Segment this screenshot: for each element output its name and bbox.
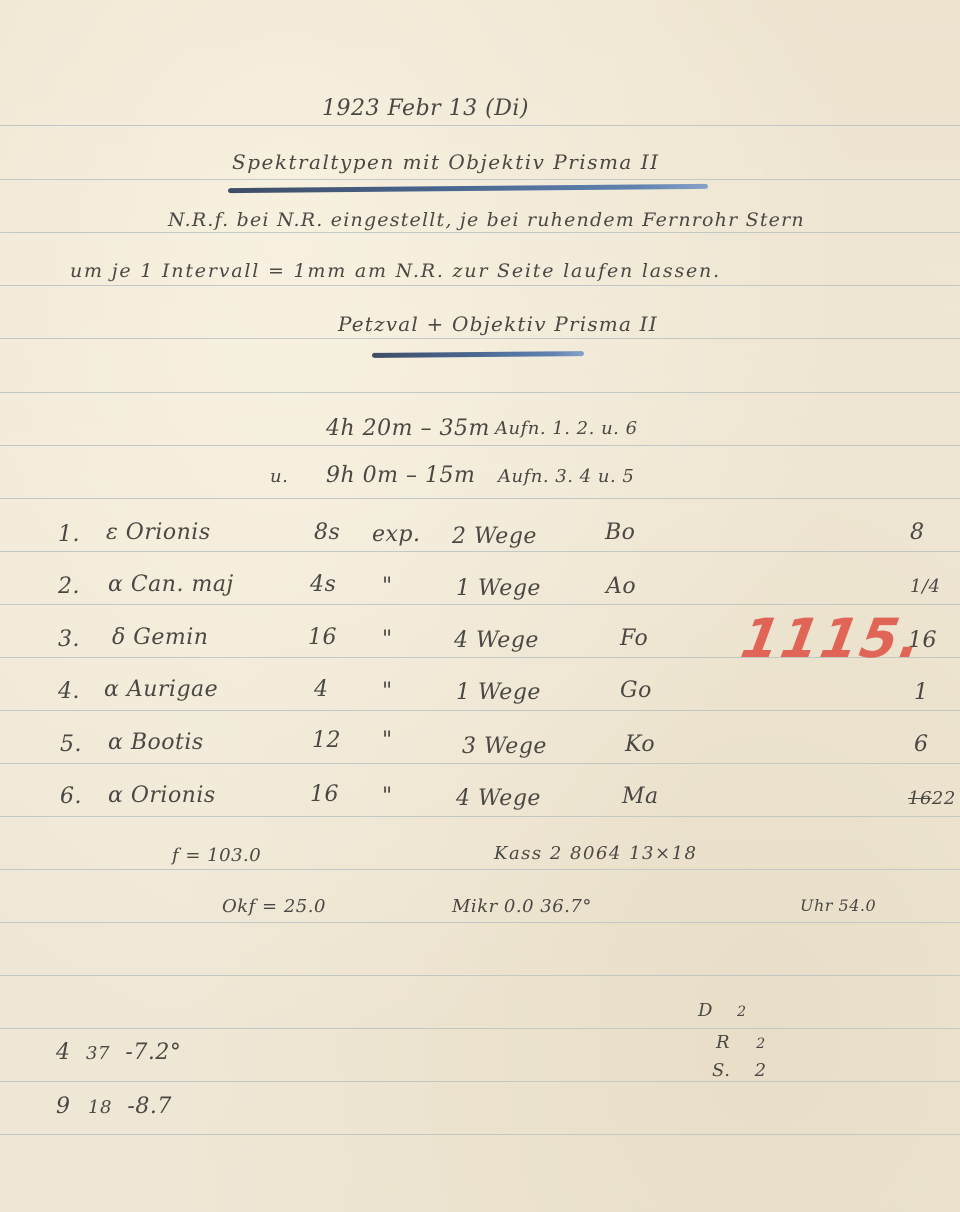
exposure-note: " — [382, 627, 393, 652]
reading-minute: 18 — [88, 1097, 112, 1118]
star-name: ε Orionis — [106, 520, 211, 545]
exposure-note: exp. — [372, 522, 421, 547]
exposure-note: " — [382, 784, 393, 809]
ruled-line — [0, 922, 960, 923]
star-name: α Aurigae — [104, 677, 218, 702]
red-plate-number: 1115. — [736, 607, 928, 670]
ruled-line — [0, 179, 960, 180]
widenings: 4 Wege — [454, 628, 539, 653]
reading-value: -8.7 — [127, 1094, 171, 1119]
reading-minute: 37 — [86, 1043, 110, 1064]
exposure-set-1: Aufn. 1. 2. u. 6 — [495, 418, 638, 439]
reading-hour: 4 — [56, 1040, 71, 1065]
tally-row: R 2 — [716, 1032, 766, 1053]
ruled-line — [0, 763, 960, 764]
reading-hour: 9 — [56, 1094, 71, 1119]
row-number: 4. — [58, 679, 80, 704]
row-number: 2. — [58, 574, 80, 599]
subtitle: Petzval + Objektiv Prisma II — [338, 312, 658, 336]
focal-length: f = 103.0 — [172, 845, 261, 866]
ruled-line — [0, 392, 960, 393]
spectral-type: Ko — [625, 732, 655, 757]
title-underline — [228, 184, 708, 193]
subtitle-underline — [372, 351, 584, 358]
ruled-line — [0, 285, 960, 286]
value: 1 — [914, 680, 929, 705]
ruled-line — [0, 445, 960, 446]
tally-row: D 2 — [698, 1000, 747, 1021]
exposure-time: 8s — [314, 520, 340, 545]
time-value: 9h 0m – 15m — [326, 463, 475, 488]
tally-label: S. — [712, 1060, 730, 1081]
page-title: Spektraltypen mit Objektiv Prisma II — [232, 150, 660, 174]
ruled-line — [0, 1081, 960, 1082]
tally-value: 2 — [756, 1036, 765, 1052]
ruled-line — [0, 125, 960, 126]
ruled-line — [0, 338, 960, 339]
row-number: 6. — [60, 784, 82, 809]
value: 1/4 — [910, 576, 940, 597]
exposure-time: 4s — [310, 572, 336, 597]
ruled-line — [0, 816, 960, 817]
exposure-set-2: Aufn. 3. 4 u. 5 — [498, 466, 634, 487]
clock-reading: Uhr 54.0 — [800, 896, 876, 915]
ruled-line — [0, 498, 960, 499]
cassette-info: Kass 2 8064 13×18 — [494, 843, 697, 864]
micrometer-reading: Mikr 0.0 36.7° — [452, 896, 592, 917]
ruled-line — [0, 975, 960, 976]
struck-value: 16 — [908, 788, 932, 809]
value: 8 — [910, 520, 925, 545]
value: 22 — [932, 788, 956, 809]
value: 6 — [914, 732, 929, 757]
exposure-note: " — [382, 728, 393, 753]
tally-label: R — [716, 1032, 730, 1053]
time-prefix-2: u. — [270, 466, 288, 487]
exposure-time: 4 — [314, 677, 329, 702]
row-number: 5. — [60, 732, 82, 757]
entry-date: 1923 Febr 13 (Di) — [322, 96, 529, 121]
spectral-type: Ao — [606, 574, 636, 599]
tally-label: D — [698, 1000, 713, 1021]
ruled-line — [0, 1134, 960, 1135]
exposure-time: 16 — [308, 625, 337, 650]
exposure-time: 16 — [310, 782, 339, 807]
star-name: α Bootis — [108, 730, 204, 755]
value-row6: 1622 — [908, 788, 956, 809]
widenings: 1 Wege — [456, 680, 541, 705]
ocular-focus: Okf = 25.0 — [222, 896, 326, 917]
ruled-line — [0, 232, 960, 233]
tally-row: S. 2 — [712, 1060, 767, 1081]
instruction-line-2: um je 1 Intervall = 1mm am N.R. zur Seit… — [70, 260, 721, 282]
row-number: 1. — [58, 522, 80, 547]
time-range-2: 9h 0m – 15m — [326, 463, 475, 488]
star-name: δ Gemin — [112, 625, 208, 650]
exposure-time: 12 — [312, 728, 341, 753]
spectral-type: Bo — [605, 520, 635, 545]
widenings: 2 Wege — [452, 524, 537, 549]
ruled-line — [0, 869, 960, 870]
spectral-type: Go — [620, 678, 652, 703]
ruled-line — [0, 551, 960, 552]
widenings: 3 Wege — [462, 734, 547, 759]
instruction-line-1: N.R.f. bei N.R. eingestellt, je bei ruhe… — [168, 209, 805, 231]
row-number: 3. — [58, 627, 80, 652]
widenings: 1 Wege — [456, 576, 541, 601]
exposure-note: " — [382, 679, 393, 704]
reading-row-2: 9 18 -8.7 — [56, 1094, 172, 1119]
reading-row-1: 4 37 -7.2° — [56, 1040, 181, 1065]
time-value: 4h 20m – 35m — [326, 416, 490, 441]
time-range-1: 4h 20m – 35m — [326, 416, 490, 441]
tally-value: 2 — [737, 1004, 746, 1020]
spectral-type: Ma — [622, 784, 659, 809]
ruled-line — [0, 1028, 960, 1029]
notebook-page: 1923 Febr 13 (Di) Spektraltypen mit Obje… — [0, 0, 960, 1212]
widenings: 4 Wege — [456, 786, 541, 811]
spectral-type: Fo — [620, 626, 648, 651]
star-name: α Can. maj — [108, 572, 234, 597]
ruled-line — [0, 604, 960, 605]
star-name: α Orionis — [108, 783, 216, 808]
ruled-line — [0, 710, 960, 711]
exposure-note: " — [382, 574, 393, 599]
tally-value: 2 — [755, 1060, 767, 1081]
reading-value: -7.2° — [125, 1040, 181, 1065]
